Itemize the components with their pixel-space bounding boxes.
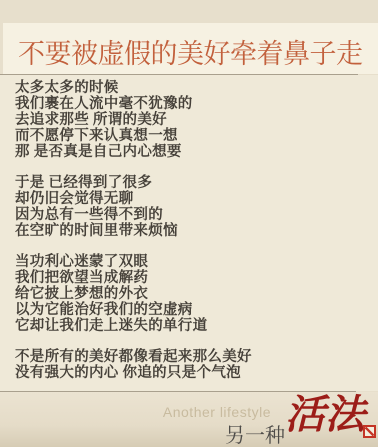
poem-stanza: 太多太多的时候我们裹在人流中毫不犹豫的去追求那些 所谓的美好而不愿停下来认真想一… xyxy=(15,80,252,160)
footer-brand-prefix: 另一种 xyxy=(225,419,285,447)
poem-line: 那 是否真是自己内心想要 xyxy=(15,144,252,160)
poster-title: 不要被虚假的美好牵着鼻子走 xyxy=(18,32,363,71)
poem-stanza: 当功利心迷蒙了双眼我们把欲望当成解药给它披上梦想的外衣以为它能治好我们的空虚病它… xyxy=(15,254,252,334)
footer-tagline-english: Another lifestyle xyxy=(163,404,271,420)
poem-line: 没有强大的内心 你追的只是个气泡 xyxy=(15,365,252,381)
broken-image-icon xyxy=(363,425,376,438)
poem-line: 在空旷的时间里带来烦恼 xyxy=(15,223,252,239)
poem-line: 太多太多的时候 xyxy=(15,80,252,96)
footer: Another lifestyle 另一种 活法 xyxy=(0,392,378,447)
poem-line: 却仍旧会觉得无聊 xyxy=(15,191,252,207)
poem-line: 给它披上梦想的外衣 xyxy=(15,286,252,302)
poem-line: 于是 已经得到了很多 xyxy=(15,175,252,191)
poem-body: 太多太多的时候我们裹在人流中毫不犹豫的去追求那些 所谓的美好而不愿停下来认真想一… xyxy=(15,80,252,396)
poem-stanza: 不是所有的美好都像看起来那么美好没有强大的内心 你追的只是个气泡 xyxy=(15,349,252,381)
poem-line: 去追求那些 所谓的美好 xyxy=(15,112,252,128)
poem-line: 以为它能治好我们的空虚病 xyxy=(15,302,252,318)
poem-line: 当功利心迷蒙了双眼 xyxy=(15,254,252,270)
poem-stanza: 于是 已经得到了很多却仍旧会觉得无聊因为总有一些得不到的在空旷的时间里带来烦恼 xyxy=(15,175,252,239)
title-banner: 不要被虚假的美好牵着鼻子走 xyxy=(3,23,378,74)
poster-page: 不要被虚假的美好牵着鼻子走 太多太多的时候我们裹在人流中毫不犹豫的去追求那些 所… xyxy=(0,0,378,447)
footer-brand-calligraphy: 活法 xyxy=(285,394,365,436)
poem-line: 我们裹在人流中毫不犹豫的 xyxy=(15,96,252,112)
poem-line: 因为总有一些得不到的 xyxy=(15,207,252,223)
poem-line: 它却让我们走上迷失的单行道 xyxy=(15,318,252,334)
poem-line: 而不愿停下来认真想一想 xyxy=(15,128,252,144)
poem-line: 不是所有的美好都像看起来那么美好 xyxy=(15,349,252,365)
poem-line: 我们把欲望当成解药 xyxy=(15,270,252,286)
title-divider xyxy=(0,74,358,75)
